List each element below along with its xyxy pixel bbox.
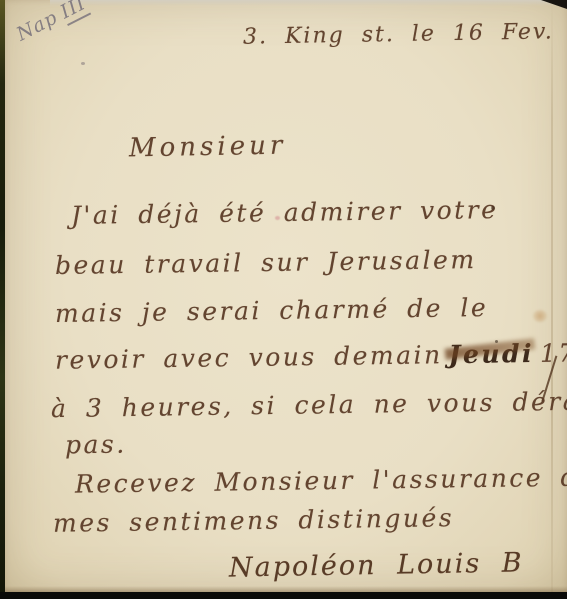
pencil-archival-note: NapIII <box>13 0 90 46</box>
letter-dateline: 3. King st. le 16 Fev. <box>243 19 554 49</box>
ink-speck <box>495 340 498 343</box>
body-line-5: à 3 heures, si cela ne vous dérange <box>51 386 567 423</box>
letter-salutation: Monsieur <box>129 131 287 164</box>
pencil-speck <box>81 62 85 65</box>
letter-scan: NapIII 3. King st. le 16 Fev. Monsieur J… <box>0 0 567 599</box>
scan-bottom-edge <box>0 592 567 599</box>
paper-fleck <box>275 216 280 220</box>
body-line-6: pas. <box>65 430 127 460</box>
pencil-note-text: Nap <box>13 6 61 45</box>
paper-crease <box>551 0 553 592</box>
scan-left-edge <box>0 0 5 599</box>
body-line-4-text: revoir avec vous demain <box>55 340 443 374</box>
paper-top-edge <box>50 0 567 6</box>
body-line-2: beau travail sur Jerusalem <box>55 245 477 280</box>
body-line-4: revoir avec vous demainJeudi17 <box>55 338 567 374</box>
body-line-1: J'ai déjà été admirer votre <box>71 195 499 230</box>
closing-line-1: Recevez Monsieur l'assurance de <box>75 462 567 498</box>
signature: Napoléon Louis B <box>229 547 524 583</box>
closing-line-2: mes sentimens distingués <box>53 503 454 538</box>
ink-speck <box>491 206 495 210</box>
struck-word-wrap: Jeudi <box>448 339 534 369</box>
pencil-note-numeral: III <box>57 0 91 26</box>
letter-paper: NapIII 3. King st. le 16 Fev. Monsieur J… <box>5 0 567 592</box>
body-line-3: mais je serai charmé de le <box>55 293 489 328</box>
foxing-spot <box>533 310 547 322</box>
body-line-4-number: 17 <box>540 338 567 368</box>
